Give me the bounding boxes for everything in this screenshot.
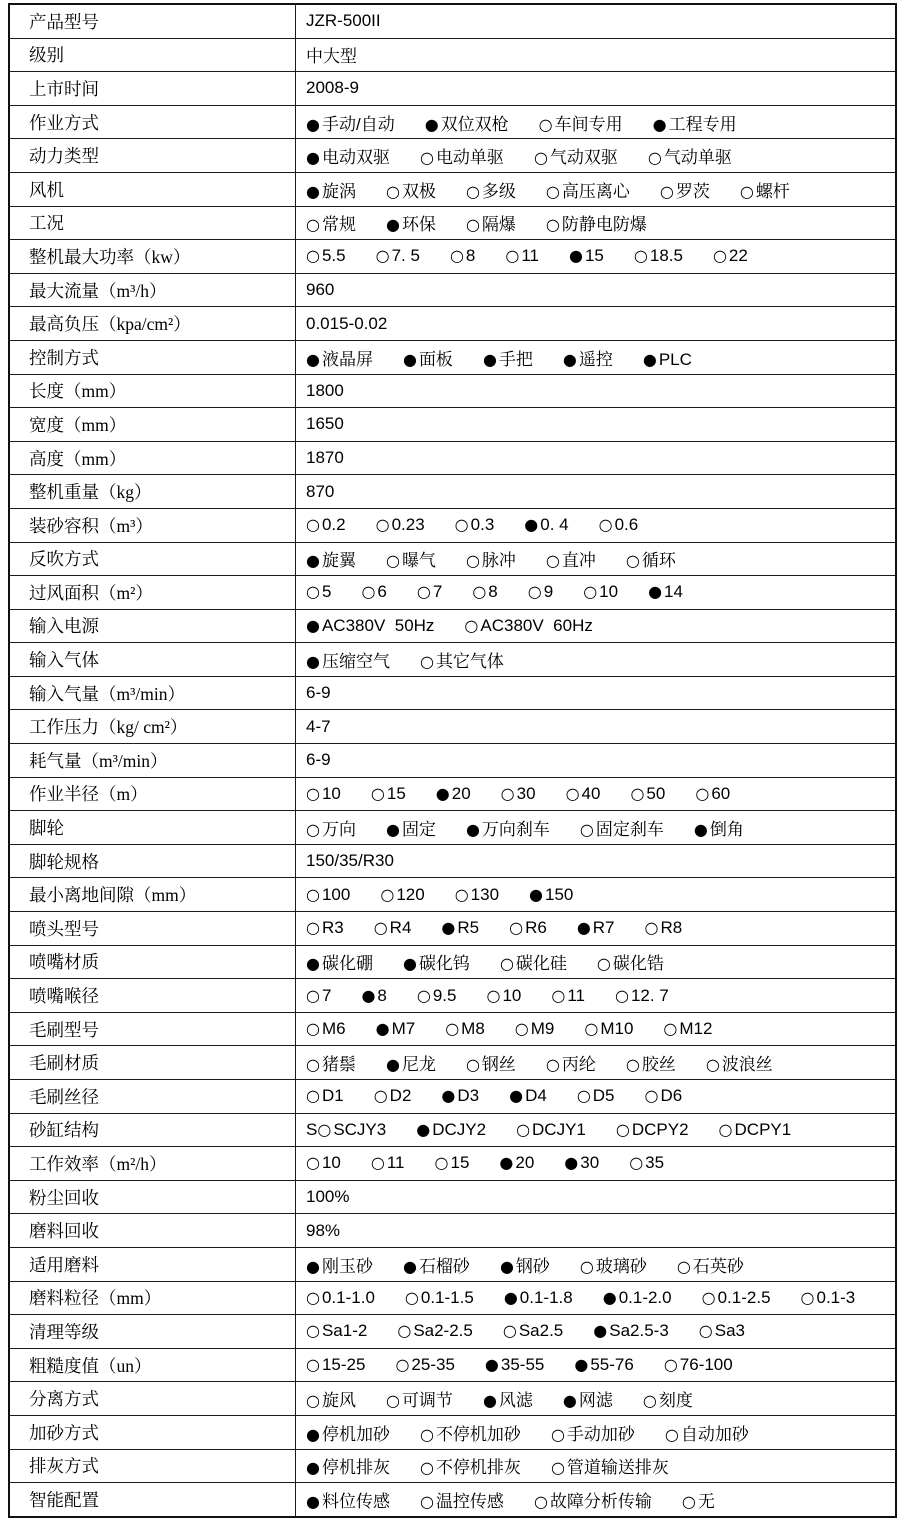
option: ○7	[417, 582, 442, 602]
row-label: 控制方式	[9, 340, 296, 374]
radio-filled-icon: ●	[306, 350, 320, 369]
option: ○Sa3	[699, 1321, 745, 1341]
row-value: 6-9	[296, 744, 897, 778]
option-label: 7	[433, 582, 442, 601]
option: ○旋风	[306, 1386, 356, 1411]
option: ○5.5	[306, 246, 346, 266]
radio-empty-icon: ○	[634, 246, 648, 265]
radio-empty-icon: ○	[306, 515, 320, 534]
option-label: 风滤	[499, 1391, 533, 1410]
row-label: 工作压力（kg/ cm²）	[9, 710, 296, 744]
radio-empty-icon: ○	[386, 551, 400, 570]
radio-empty-icon: ○	[546, 215, 560, 234]
radio-empty-icon: ○	[306, 1019, 320, 1038]
option-label: 14	[664, 582, 683, 601]
table-row: 装砂容积（m³）○0.2○0.23○0.3●0. 4○0.6	[9, 508, 896, 542]
option: ○气动单驱	[648, 143, 732, 168]
table-row: 工况○常规●环保○隔爆○防静电防爆	[9, 206, 896, 240]
option-label: 常规	[322, 215, 356, 234]
option-label: 万向刹车	[482, 820, 550, 839]
option: ○15-25	[306, 1355, 365, 1375]
option: ○万向	[306, 815, 356, 840]
row-value: ●碳化硼●碳化钨○碳化硅○碳化锆	[296, 945, 897, 979]
option-label: R5	[457, 918, 479, 937]
option: ○R3	[306, 918, 344, 938]
radio-empty-icon: ○	[546, 551, 560, 570]
row-label: 喷头型号	[9, 912, 296, 946]
radio-filled-icon: ●	[569, 246, 583, 265]
option-label: M7	[392, 1019, 416, 1038]
option: ○玻璃砂	[580, 1252, 647, 1277]
option-label: 0.1-1.5	[421, 1288, 474, 1307]
radio-filled-icon: ●	[403, 1257, 417, 1276]
radio-filled-icon: ●	[563, 1391, 577, 1410]
value-text: 870	[306, 482, 334, 501]
option: ○7	[306, 986, 331, 1006]
option: ●石榴砂	[403, 1252, 470, 1277]
radio-empty-icon: ○	[420, 652, 434, 671]
option-label: 液晶屏	[322, 350, 373, 369]
option-label: 5	[322, 582, 331, 601]
table-row: 耗气量（m³/min）6-9	[9, 744, 896, 778]
radio-filled-icon: ●	[361, 986, 375, 1005]
row-label: 毛刷丝径	[9, 1080, 296, 1114]
radio-empty-icon: ○	[395, 1355, 409, 1374]
option: ○10	[486, 986, 521, 1006]
option-label: 玻璃砂	[596, 1257, 647, 1276]
option: ○0.3	[455, 515, 495, 535]
radio-empty-icon: ○	[501, 784, 515, 803]
option: ○15	[435, 1153, 470, 1173]
radio-empty-icon: ○	[665, 1425, 679, 1444]
value-text: 98%	[306, 1221, 340, 1240]
option: ○8	[472, 582, 497, 602]
option-label: 55-76	[590, 1355, 633, 1374]
row-label: 输入气量（m³/min）	[9, 676, 296, 710]
row-value: 1650	[296, 408, 897, 442]
option-label: R4	[390, 918, 412, 937]
radio-empty-icon: ○	[486, 986, 500, 1005]
option: ●手把	[483, 345, 533, 370]
option-label: DCPY1	[735, 1120, 792, 1139]
radio-empty-icon: ○	[306, 885, 320, 904]
radio-empty-icon: ○	[306, 1391, 320, 1410]
radio-empty-icon: ○	[664, 1355, 678, 1374]
option: ○15	[371, 784, 406, 804]
option-label: 多级	[482, 182, 516, 201]
radio-filled-icon: ●	[648, 582, 662, 601]
option: ○丙纶	[546, 1050, 596, 1075]
option-label: 0.6	[615, 515, 639, 534]
radio-filled-icon: ●	[416, 1120, 430, 1139]
option: ●倒角	[694, 815, 744, 840]
option: ●万向刹车	[466, 815, 550, 840]
radio-filled-icon: ●	[694, 820, 708, 839]
row-value: 960	[296, 273, 897, 307]
option: ●Sa2.5-3	[593, 1321, 669, 1341]
radio-empty-icon: ○	[361, 582, 375, 601]
option-label: Sa2.5	[519, 1321, 563, 1340]
row-value: ○15-25○25-35●35-55●55-76○76-100	[296, 1348, 897, 1382]
table-row: 磨料粒径（mm）○0.1-1.0○0.1-1.5●0.1-1.8●0.1-2.0…	[9, 1281, 896, 1315]
radio-filled-icon: ●	[306, 182, 320, 201]
option-label: 12. 7	[631, 986, 669, 1005]
option-label: 脉冲	[482, 551, 516, 570]
radio-empty-icon: ○	[374, 1086, 388, 1105]
table-row: 砂缸结构S○SCJY3●DCJY2○DCJY1○DCPY2○DCPY1	[9, 1113, 896, 1147]
option: ○DCPY1	[719, 1120, 792, 1140]
row-label: 智能配置	[9, 1483, 296, 1517]
radio-empty-icon: ○	[702, 1288, 716, 1307]
row-label: 工况	[9, 206, 296, 240]
option: ○DCPY2	[616, 1120, 689, 1140]
value-text: 2008-9	[306, 78, 359, 97]
row-value: ○5.5○7. 5○8○11●15○18.5○22	[296, 240, 897, 274]
radio-empty-icon: ○	[539, 115, 553, 134]
option: ●150	[529, 885, 573, 905]
option: ○多级	[466, 177, 516, 202]
option-label: 可调节	[402, 1391, 453, 1410]
radio-empty-icon: ○	[397, 1321, 411, 1340]
option: ○不停机加砂	[420, 1420, 521, 1445]
option: ○隔爆	[466, 210, 516, 235]
option: ○M9	[515, 1019, 555, 1039]
option-label: 温控传感	[436, 1492, 504, 1511]
option: ○120	[380, 885, 424, 905]
row-value: ●停机排灰○不停机排灰○管道输送排灰	[296, 1449, 897, 1483]
radio-empty-icon: ○	[500, 954, 514, 973]
radio-filled-icon: ●	[563, 350, 577, 369]
option-label: 5.5	[322, 246, 346, 265]
option: ○常规	[306, 210, 356, 235]
option-label: M10	[600, 1019, 633, 1038]
row-label: 耗气量（m³/min）	[9, 744, 296, 778]
option: ○130	[455, 885, 499, 905]
radio-empty-icon: ○	[417, 986, 431, 1005]
row-label: 磨料粒径（mm）	[9, 1281, 296, 1315]
option-label: 车间专用	[555, 115, 623, 134]
radio-empty-icon: ○	[551, 986, 565, 1005]
row-value: ●旋翼○曝气○脉冲○直冲○循环	[296, 542, 897, 576]
radio-filled-icon: ●	[499, 1153, 513, 1172]
table-row: 工作效率（m²/h）○10○11○15●20●30○35	[9, 1147, 896, 1181]
option: ○35	[629, 1153, 664, 1173]
option-label: 50	[646, 784, 665, 803]
row-label: 粗糙度值（un）	[9, 1348, 296, 1382]
radio-empty-icon: ○	[306, 986, 320, 1005]
option: ○11	[505, 246, 539, 266]
radio-filled-icon: ●	[306, 954, 320, 973]
radio-empty-icon: ○	[435, 1153, 449, 1172]
row-value: ●停机加砂○不停机加砂○手动加砂○自动加砂	[296, 1415, 897, 1449]
option-label: 无	[698, 1492, 715, 1511]
option: ●D4	[509, 1086, 547, 1106]
option-label: M6	[322, 1019, 346, 1038]
radio-empty-icon: ○	[386, 182, 400, 201]
table-row: 上市时间2008-9	[9, 72, 896, 106]
option: ○手动加砂	[551, 1420, 635, 1445]
radio-empty-icon: ○	[645, 1086, 659, 1105]
radio-empty-icon: ○	[630, 784, 644, 803]
option: ●碳化钨	[403, 949, 470, 974]
table-row: 清理等级○Sa1-2○Sa2-2.5○Sa2.5●Sa2.5-3○Sa3	[9, 1315, 896, 1349]
option: ○M12	[663, 1019, 712, 1039]
option-label: 面板	[419, 350, 453, 369]
radio-filled-icon: ●	[593, 1321, 607, 1340]
row-label: 粉尘回收	[9, 1180, 296, 1214]
row-value: 870	[296, 475, 897, 509]
option: ○R6	[509, 918, 547, 938]
option: ○6	[361, 582, 386, 602]
radio-empty-icon: ○	[566, 784, 580, 803]
option-label: 停机加砂	[322, 1425, 390, 1444]
option: ○故障分析传输	[534, 1487, 652, 1512]
option: ○D2	[374, 1086, 412, 1106]
option: ●14	[648, 582, 683, 602]
radio-filled-icon: ●	[564, 1153, 578, 1172]
row-label: 毛刷材质	[9, 1046, 296, 1080]
radio-empty-icon: ○	[445, 1019, 459, 1038]
radio-filled-icon: ●	[386, 1055, 400, 1074]
option-label: 0.1-1.8	[520, 1288, 573, 1307]
radio-filled-icon: ●	[441, 1086, 455, 1105]
table-row: 加砂方式●停机加砂○不停机加砂○手动加砂○自动加砂	[9, 1415, 896, 1449]
radio-filled-icon: ●	[500, 1257, 514, 1276]
option: ●20	[499, 1153, 534, 1173]
row-value: ○10○11○15●20●30○35	[296, 1147, 897, 1181]
option-label: 丙纶	[562, 1055, 596, 1074]
radio-empty-icon: ○	[417, 582, 431, 601]
option-label: R8	[660, 918, 682, 937]
radio-empty-icon: ○	[713, 246, 727, 265]
option: ●旋翼	[306, 546, 356, 571]
value-text: 1650	[306, 414, 344, 433]
option: ○碳化硅	[500, 949, 567, 974]
table-row: 高度（mm）1870	[9, 441, 896, 475]
option-label: 碳化锆	[613, 954, 664, 973]
option-label: PLC	[659, 350, 692, 369]
option-label: 万向	[322, 820, 356, 839]
radio-filled-icon: ●	[306, 1492, 320, 1511]
option-label: 其它气体	[436, 652, 504, 671]
radio-empty-icon: ○	[719, 1120, 733, 1139]
radio-empty-icon: ○	[466, 182, 480, 201]
option: ○脉冲	[466, 546, 516, 571]
table-row: 产品型号JZR-500II	[9, 4, 896, 38]
row-label: 工作效率（m²/h）	[9, 1147, 296, 1181]
option-label: 11	[521, 246, 539, 265]
row-label: 宽度（mm）	[9, 408, 296, 442]
row-value: ○M6●M7○M8○M9○M10○M12	[296, 1012, 897, 1046]
option: ○刻度	[643, 1386, 693, 1411]
option-label: 旋涡	[322, 182, 356, 201]
table-row: 整机最大功率（kw）○5.5○7. 5○8○11●15○18.5○22	[9, 240, 896, 274]
row-label: 最小离地间隙（mm）	[9, 878, 296, 912]
radio-filled-icon: ●	[483, 1391, 497, 1410]
option: ○胶丝	[626, 1050, 676, 1075]
option: ○9	[528, 582, 553, 602]
row-label: 磨料回收	[9, 1214, 296, 1248]
option-label: 钢砂	[516, 1257, 550, 1276]
value-text: 150/35/R30	[306, 851, 394, 870]
radio-filled-icon: ●	[386, 820, 400, 839]
option-label: 9.5	[433, 986, 457, 1005]
table-row: 毛刷丝径○D1○D2●D3●D4○D5○D6	[9, 1080, 896, 1114]
option: ○M10	[584, 1019, 633, 1039]
option-label: 石英砂	[693, 1257, 744, 1276]
option: ○钢丝	[466, 1050, 516, 1075]
option: ○罗茨	[660, 177, 710, 202]
option: ○0.2	[306, 515, 346, 535]
option: ○可调节	[386, 1386, 453, 1411]
option: ●停机加砂	[306, 1420, 390, 1445]
option-label: D3	[457, 1086, 479, 1105]
row-value: ○猪鬃●尼龙○钢丝○丙纶○胶丝○波浪丝	[296, 1046, 897, 1080]
option-label: 刻度	[659, 1391, 693, 1410]
row-value: ○D1○D2●D3●D4○D5○D6	[296, 1080, 897, 1114]
option-label: 管道输送排灰	[567, 1458, 669, 1477]
option-label: 固定刹车	[596, 820, 664, 839]
option: ○0.1-1.5	[405, 1288, 474, 1308]
table-row: 毛刷型号○M6●M7○M8○M9○M10○M12	[9, 1012, 896, 1046]
option: ○0.6	[599, 515, 639, 535]
option: ●15	[569, 246, 604, 266]
option: ○D6	[645, 1086, 683, 1106]
option-label: D1	[322, 1086, 344, 1105]
spec-table: 产品型号JZR-500II级别中大型上市时间2008-9作业方式●手动/自动●双…	[8, 3, 897, 1518]
radio-filled-icon: ●	[574, 1355, 588, 1374]
row-label: 整机重量（kg）	[9, 475, 296, 509]
radio-empty-icon: ○	[420, 1492, 434, 1511]
option-label: 不停机排灰	[436, 1458, 521, 1477]
row-value: ●电动双驱○电动单驱○气动双驱○气动单驱	[296, 139, 897, 173]
table-row: 脚轮○万向●固定●万向刹车○固定刹车●倒角	[9, 811, 896, 845]
table-row: 风机●旋涡○双极○多级○高压离心○罗茨○螺杆	[9, 172, 896, 206]
value-text: 0.015-0.02	[306, 314, 387, 333]
option: ○曝气	[386, 546, 436, 571]
option: ○0.1-1.0	[306, 1288, 375, 1308]
option: ○石英砂	[677, 1252, 744, 1277]
option: ○Sa1-2	[306, 1321, 367, 1341]
radio-empty-icon: ○	[740, 182, 754, 201]
option: ○0.1-3	[801, 1288, 856, 1308]
radio-empty-icon: ○	[629, 1153, 643, 1172]
radio-empty-icon: ○	[306, 1055, 320, 1074]
radio-filled-icon: ●	[643, 350, 657, 369]
option: ○D1	[306, 1086, 344, 1106]
row-value: 150/35/R30	[296, 844, 897, 878]
radio-empty-icon: ○	[643, 1391, 657, 1410]
radio-empty-icon: ○	[306, 820, 320, 839]
radio-empty-icon: ○	[682, 1492, 696, 1511]
radio-filled-icon: ●	[504, 1288, 518, 1307]
option-label: 倒角	[710, 820, 744, 839]
table-row: 宽度（mm）1650	[9, 408, 896, 442]
radio-empty-icon: ○	[376, 246, 390, 265]
option: ○其它气体	[420, 647, 504, 672]
radio-empty-icon: ○	[380, 885, 394, 904]
option: ○车间专用	[539, 110, 623, 135]
option-label: 碳化硼	[322, 954, 373, 973]
radio-filled-icon: ●	[603, 1288, 617, 1307]
option: ○10	[306, 1153, 341, 1173]
option: ○25-35	[395, 1355, 454, 1375]
option: ○7. 5	[376, 246, 420, 266]
radio-empty-icon: ○	[626, 551, 640, 570]
radio-empty-icon: ○	[626, 1055, 640, 1074]
row-label: 排灰方式	[9, 1449, 296, 1483]
option-label: AC380V 60Hz	[480, 616, 592, 635]
option: ○0.23	[376, 515, 425, 535]
option-label: 20	[452, 784, 471, 803]
option: ○自动加砂	[665, 1420, 749, 1445]
option-label: 10	[502, 986, 521, 1005]
option-label: 气动双驱	[550, 148, 618, 167]
option-label: 120	[396, 885, 424, 904]
option-label: 150	[545, 885, 573, 904]
option-label: 8	[488, 582, 497, 601]
radio-filled-icon: ●	[485, 1355, 499, 1374]
radio-empty-icon: ○	[306, 1288, 320, 1307]
radio-empty-icon: ○	[677, 1257, 691, 1276]
option: ○R8	[645, 918, 683, 938]
row-label: 加砂方式	[9, 1415, 296, 1449]
radio-empty-icon: ○	[695, 784, 709, 803]
table-row: 磨料回收98%	[9, 1214, 896, 1248]
option-label: 10	[599, 582, 618, 601]
option-label: 波浪丝	[722, 1055, 773, 1074]
option-label: AC380V 50Hz	[322, 616, 434, 635]
table-row: 工作压力（kg/ cm²）4-7	[9, 710, 896, 744]
option-label: DCJY1	[532, 1120, 586, 1139]
row-value: ○10○15●20○30○40○50○60	[296, 777, 897, 811]
option-label: 60	[711, 784, 730, 803]
option-label: 石榴砂	[419, 1257, 470, 1276]
radio-filled-icon: ●	[306, 652, 320, 671]
option-label: 8	[466, 246, 475, 265]
table-row: 智能配置●料位传感○温控传感○故障分析传输○无	[9, 1483, 896, 1517]
radio-empty-icon: ○	[583, 582, 597, 601]
row-label: 作业半径（m）	[9, 777, 296, 811]
option-label: 钢丝	[482, 1055, 516, 1074]
radio-empty-icon: ○	[466, 215, 480, 234]
row-label: 上市时间	[9, 72, 296, 106]
option-label: 18.5	[650, 246, 683, 265]
radio-empty-icon: ○	[466, 1055, 480, 1074]
row-value: 1800	[296, 374, 897, 408]
option: ○18.5	[634, 246, 683, 266]
row-value: ○0.2○0.23○0.3●0. 4○0.6	[296, 508, 897, 542]
radio-empty-icon: ○	[706, 1055, 720, 1074]
option: ●20	[436, 784, 471, 804]
option-label: 7	[322, 986, 331, 1005]
option-label: 胶丝	[642, 1055, 676, 1074]
option-label: 停机排灰	[322, 1458, 390, 1477]
option: ●停机排灰	[306, 1453, 390, 1478]
option-label: 30	[517, 784, 536, 803]
table-row: 反吹方式●旋翼○曝气○脉冲○直冲○循环	[9, 542, 896, 576]
option-label: M12	[679, 1019, 712, 1038]
table-row: 作业半径（m）○10○15●20○30○40○50○60	[9, 777, 896, 811]
option-label: 0.3	[471, 515, 495, 534]
option: ○5	[306, 582, 331, 602]
option: ○直冲	[546, 546, 596, 571]
radio-filled-icon: ●	[653, 115, 667, 134]
radio-empty-icon: ○	[597, 954, 611, 973]
radio-empty-icon: ○	[306, 1321, 320, 1340]
radio-empty-icon: ○	[599, 515, 613, 534]
radio-empty-icon: ○	[466, 551, 480, 570]
